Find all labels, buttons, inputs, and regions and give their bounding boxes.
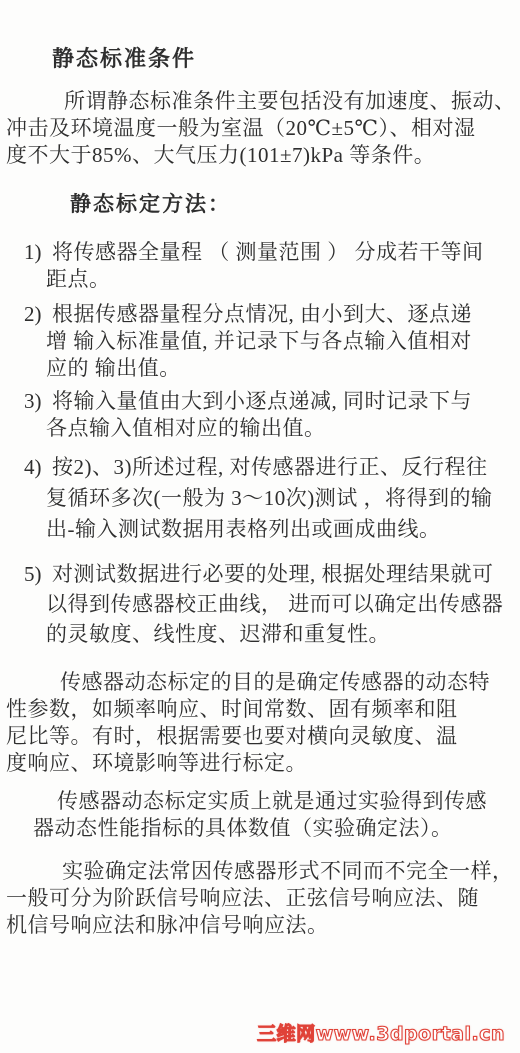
step-marker: 4) <box>24 452 42 483</box>
text-line: 的灵敏度、线性度、迟滞和重复性。 <box>46 619 520 649</box>
text-line: 机信号响应法和脉冲信号响应法。 <box>6 912 520 939</box>
text-line: 增 输入标准量值, 并记录下与各点输入值相对 <box>46 328 520 355</box>
text-line: 性参数，如频率响应、时间常数、固有频率和阻 <box>6 696 520 723</box>
text-line: 将输入量值由大到小逐点递减, 同时记录下与 <box>46 388 520 415</box>
body-paragraph-dynamic-essence: 传感器动态标定实质上就是通过实验得到传感器动态性能指标的具体数值（实验确定法）。 <box>0 788 520 842</box>
step-text: 将传感器全量程 （ 测量范围 ） 分成若干等间距点。 <box>46 239 520 293</box>
step-item-1: 1) 将传感器全量程 （ 测量范围 ） 分成若干等间距点。 <box>0 239 520 293</box>
text-line: 以得到传感器校正曲线， 进而可以确定出传感器 <box>46 589 520 619</box>
text-line: 器动态性能指标的具体数值（实验确定法）。 <box>33 815 520 842</box>
text-line: 尼比等。有时，根据需要也要对横向灵敏度、温 <box>6 723 520 750</box>
text-line: 实验确定法常因传感器形式不同而不完全一样， <box>6 858 520 885</box>
text-line: 所谓静态标准条件主要包括没有加速度、振动、 <box>6 88 520 115</box>
step-text: 将输入量值由大到小逐点递减, 同时记录下与各点输入值相对应的输出值。 <box>46 388 520 442</box>
step-item-3: 3) 将输入量值由大到小逐点递减, 同时记录下与各点输入值相对应的输出值。 <box>0 388 520 442</box>
document-page: 静态标准条件 所谓静态标准条件主要包括没有加速度、振动、冲击及环境温度一般为室温… <box>0 0 520 1053</box>
site-watermark: 三维网www.3dportal.cn <box>257 1019 505 1046</box>
step-text: 根据传感器量程分点情况, 由小到大、逐点递增 输入标准量值, 并记录下与各点输入… <box>46 301 520 382</box>
text-line: 冲击及环境温度一般为室温（20℃±5℃）、相对湿 <box>6 115 520 142</box>
step-item-2: 2) 根据传感器量程分点情况, 由小到大、逐点递增 输入标准量值, 并记录下与各… <box>0 301 520 382</box>
step-marker: 1) <box>24 239 42 266</box>
step-item-4: 4) 按2)、3)所述过程, 对传感器进行正、反行程往复循环多次(一般为 3～1… <box>0 452 520 545</box>
body-paragraph-experimental-methods: 实验确定法常因传感器形式不同而不完全一样，一般可分为阶跃信号响应法、正弦信号响应… <box>0 858 520 939</box>
text-line: 距点。 <box>46 266 520 293</box>
body-paragraph-dynamic-purpose: 传感器动态标定的目的是确定传感器的动态特性参数，如频率响应、时间常数、固有频率和… <box>0 669 520 777</box>
intro-paragraph: 所谓静态标准条件主要包括没有加速度、振动、冲击及环境温度一般为室温（20℃±5℃… <box>0 88 520 169</box>
text-line: 复循环多次(一般为 3～10次)测试 ，将得到的输 <box>46 483 520 514</box>
step-text: 对测试数据进行必要的处理, 根据处理结果就可以得到传感器校正曲线， 进而可以确定… <box>46 559 520 649</box>
text-line: 应的 输出值。 <box>46 355 520 382</box>
step-marker: 3) <box>24 388 42 415</box>
step-item-5: 5) 对测试数据进行必要的处理, 根据处理结果就可以得到传感器校正曲线， 进而可… <box>0 559 520 649</box>
text-line: 度不大于85%、大气压力(101±7)kPa 等条件。 <box>6 142 520 169</box>
step-text: 按2)、3)所述过程, 对传感器进行正、反行程往复循环多次(一般为 3～10次)… <box>46 452 520 545</box>
text-line: 按2)、3)所述过程, 对传感器进行正、反行程往 <box>46 452 520 483</box>
text-line: 出-输入测试数据用表格列出或画成曲线。 <box>46 514 520 545</box>
text-line: 对测试数据进行必要的处理, 根据处理结果就可 <box>46 559 520 589</box>
text-line: 各点输入值相对应的输出值。 <box>46 415 520 442</box>
text-line: 传感器动态标定实质上就是通过实验得到传感 <box>33 788 520 815</box>
text-line: 将传感器全量程 （ 测量范围 ） 分成若干等间 <box>46 239 520 266</box>
document-title: 静态标准条件 <box>52 46 520 72</box>
step-marker: 2) <box>24 301 42 328</box>
section-subtitle: 静态标定方法： <box>70 191 520 217</box>
step-marker: 5) <box>24 559 42 589</box>
text-line: 传感器动态标定的目的是确定传感器的动态特 <box>6 669 520 696</box>
text-line: 根据传感器量程分点情况, 由小到大、逐点递 <box>46 301 520 328</box>
text-line: 一般可分为阶跃信号响应法、正弦信号响应法、随 <box>6 885 520 912</box>
text-line: 度响应、环境影响等进行标定。 <box>6 750 520 777</box>
